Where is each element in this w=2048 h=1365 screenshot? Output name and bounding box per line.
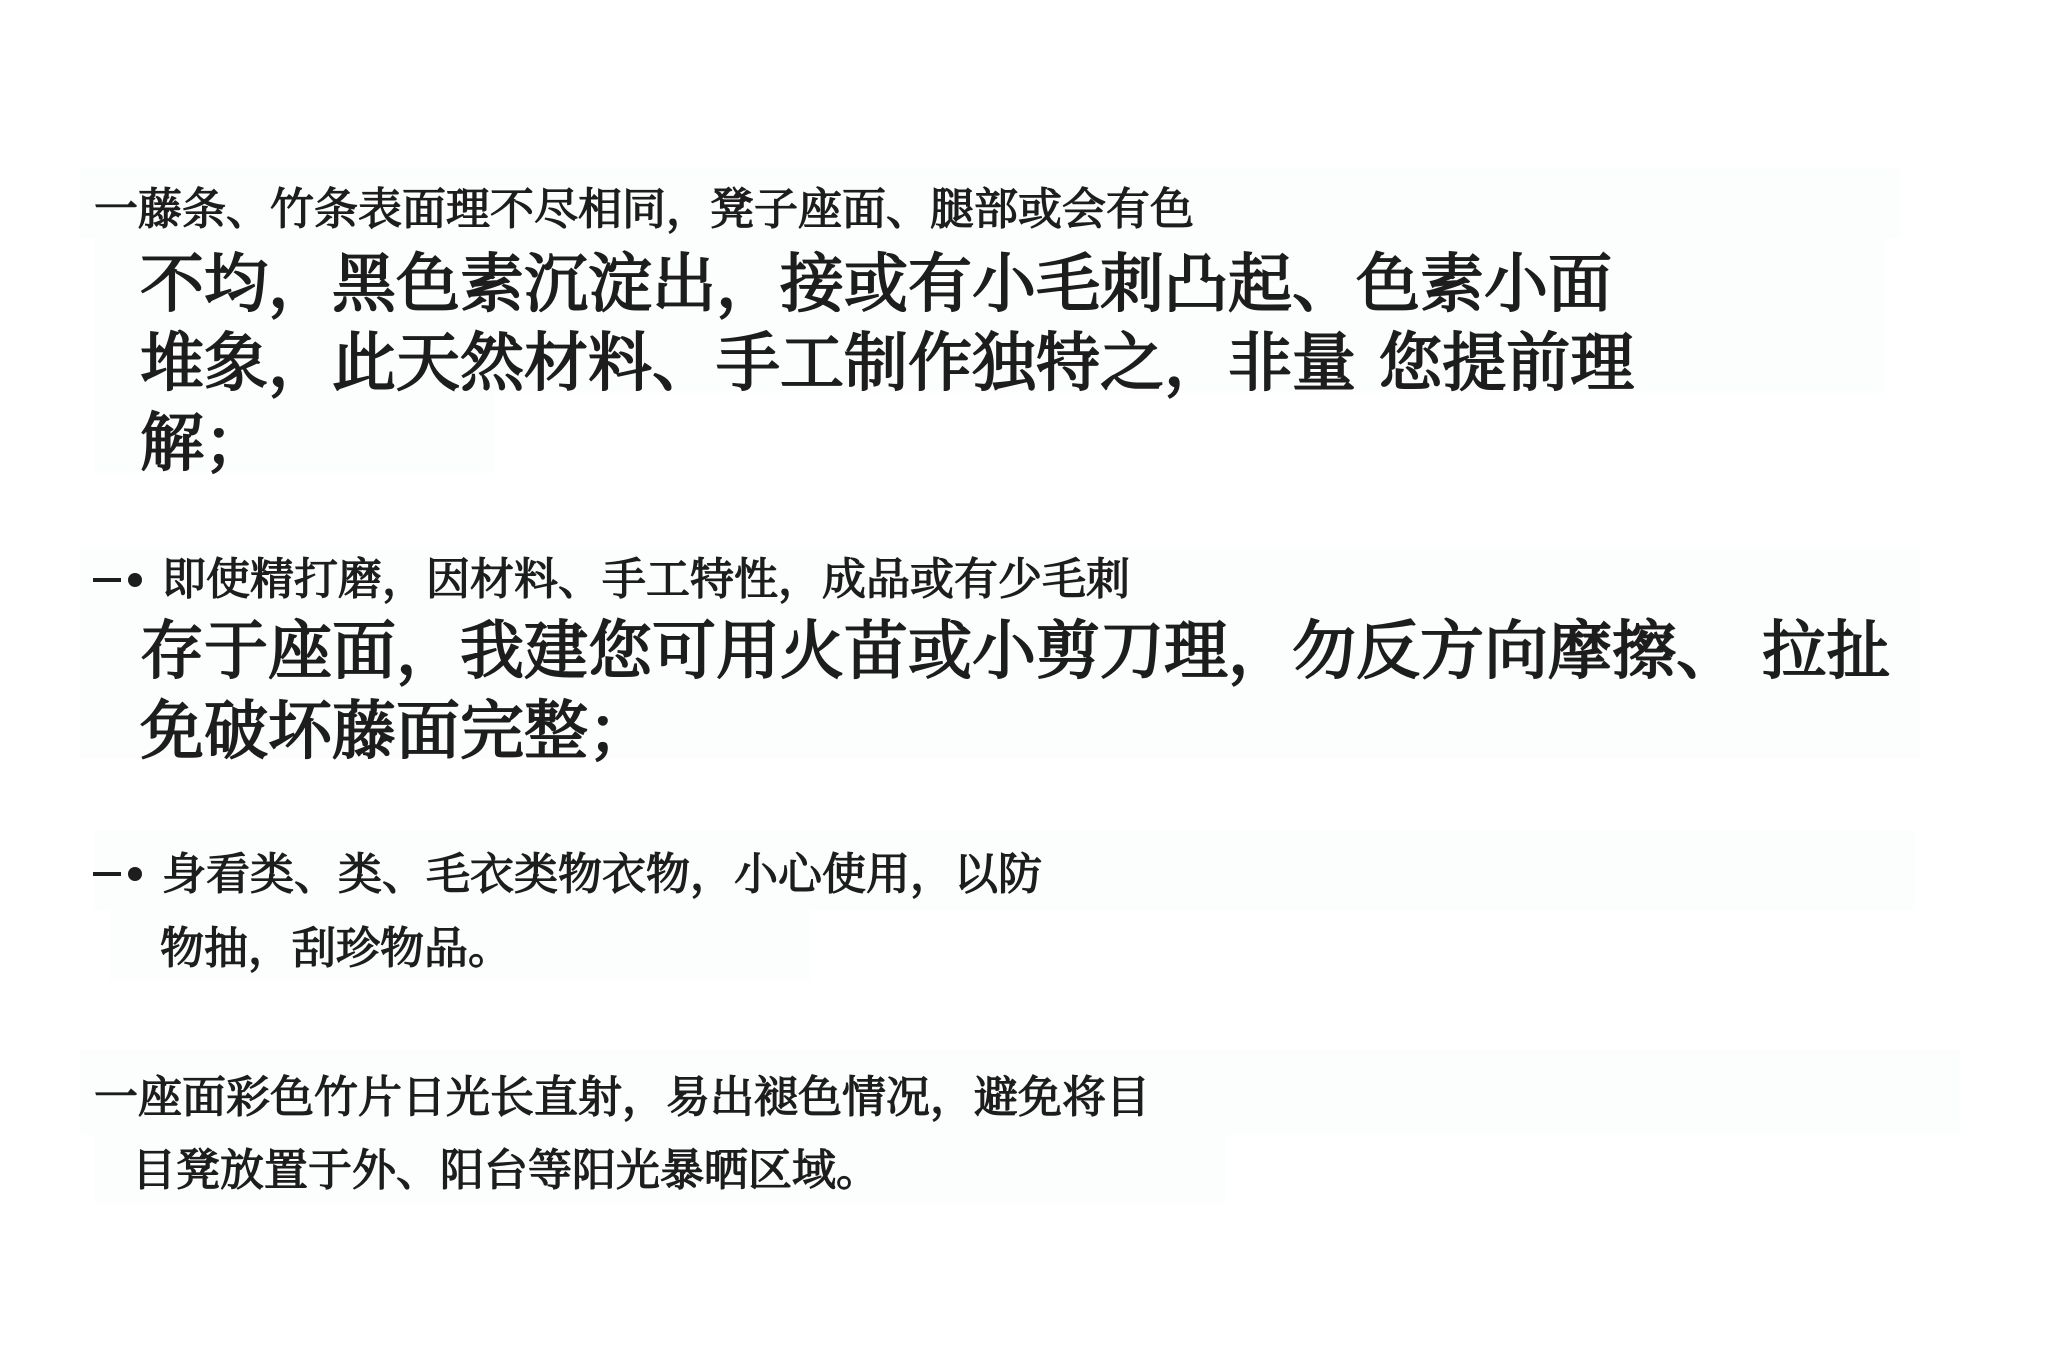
care-note-1-line-3: 堆象，此天然材料、手工制作独特之，非量 您提前理 — [140, 324, 1634, 404]
care-note-1-line-2: 不均，黑色素沉淀出，接或有小毛刺凸起、色素小面 — [140, 245, 1612, 325]
care-note-2-line-1: 即使精打磨，因材料、手工特性，成品或有少毛刺 — [162, 552, 1130, 608]
care-note-3-line-1: 身看类、类、毛衣类物衣物，小心使用，以防 — [162, 847, 1042, 903]
care-note-1-line-4: 解； — [140, 404, 268, 484]
care-note-4-line-1: 一座面彩色竹片日光长直射，易出褪色情况，避免将目 — [94, 1070, 1150, 1126]
care-note-4-line-2: 目凳放置于外、阳台等阳光暴晒区域。 — [132, 1143, 880, 1199]
bullet-icon — [128, 573, 142, 587]
care-note-3-line-2: 物抽，刮珍物品。 — [160, 921, 512, 977]
care-note-2-line-3: 免破坏藤面完整； — [140, 692, 652, 772]
bullet-icon — [128, 867, 142, 881]
dash-icon — [93, 872, 121, 876]
care-note-2-line-2: 存于座面，我建您可用火苗或小剪刀理，勿反方向摩擦、 拉扯 — [140, 612, 1890, 692]
dash-icon — [93, 578, 121, 582]
care-note-1-line-1: 一藤条、竹条表面理不尽相同，凳子座面、腿部或会有色 — [94, 182, 1194, 238]
